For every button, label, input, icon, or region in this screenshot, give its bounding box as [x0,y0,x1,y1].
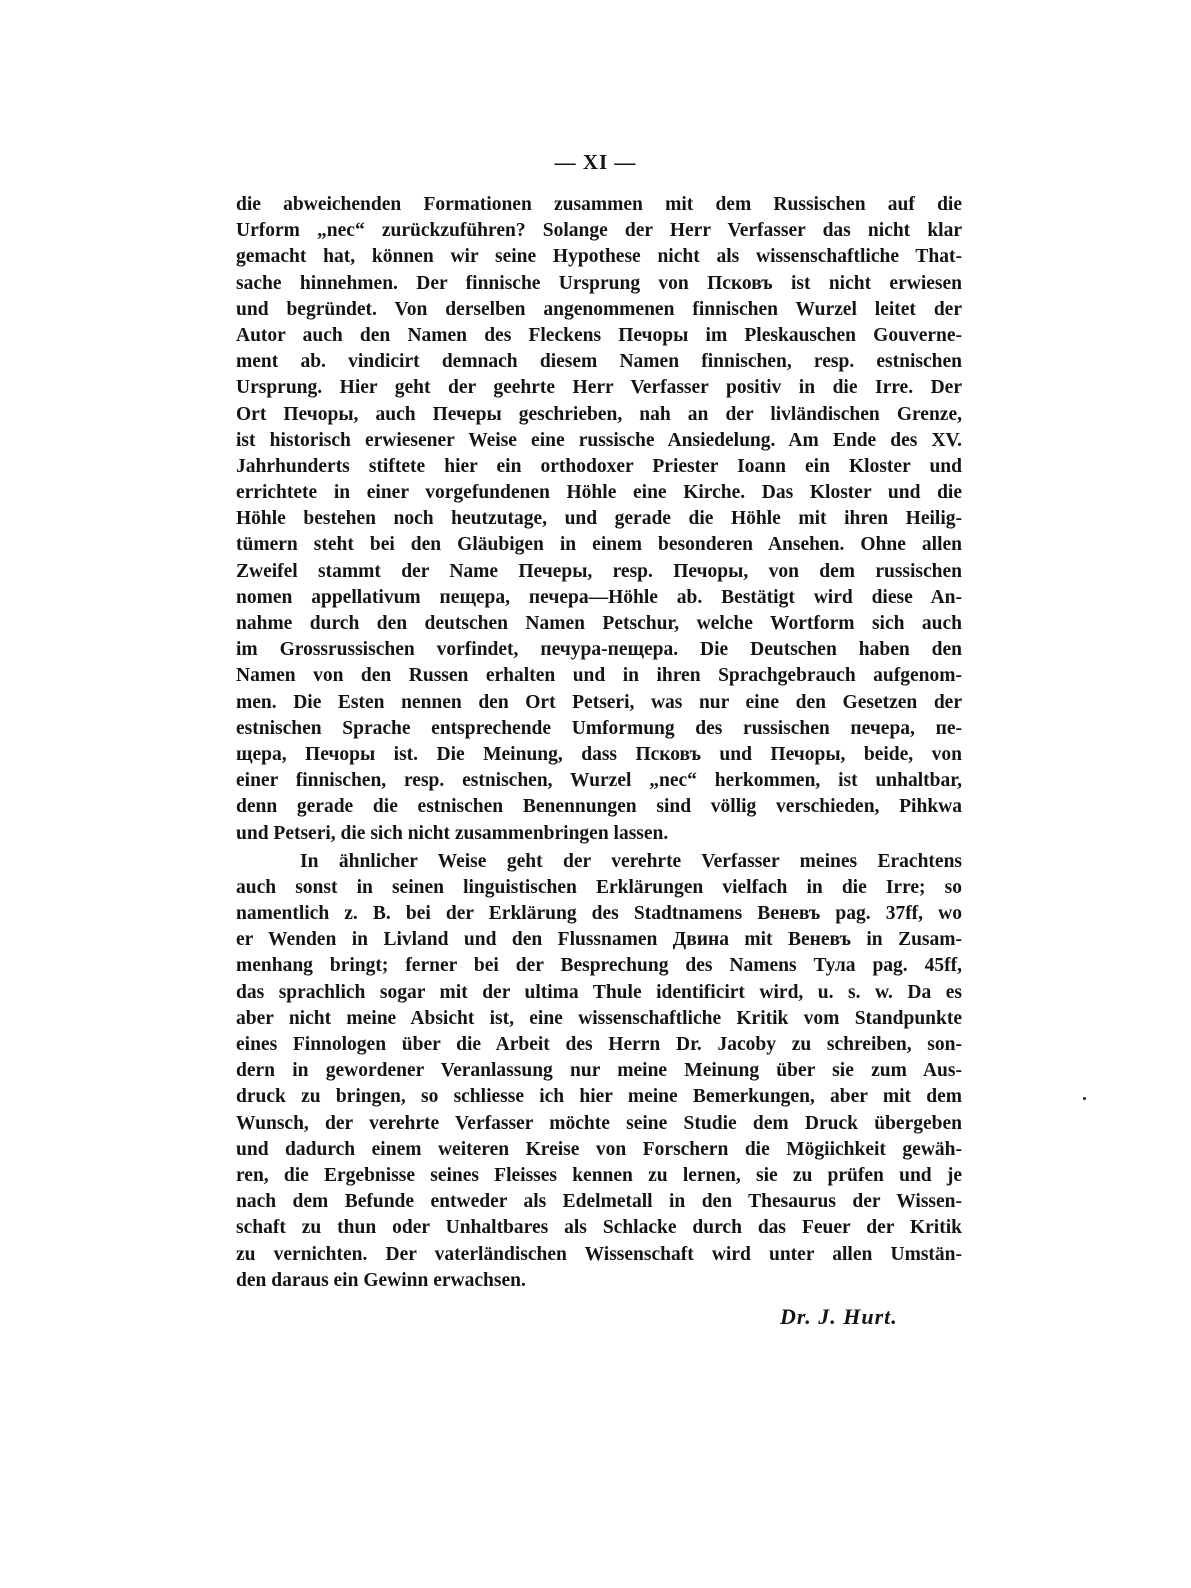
text-line: щера, Печоры ist. Die Meinung, dass Пско… [236,742,962,768]
text-line: aber nicht meine Absicht ist, eine wisse… [236,1006,962,1032]
text-line: einer finnischen, resp. estnischen, Wurz… [236,768,962,794]
text-line: Ursprung. Hier geht der geehrte Herr Ver… [236,375,962,401]
text-line: und dadurch einem weiteren Kreise von Fo… [236,1137,962,1163]
text-line: In ähnlicher Weise geht der verehrte Ver… [236,849,962,875]
text-line: dern in gewordener Veranlassung nur mein… [236,1058,962,1084]
text-line: menhang bringt; ferner bei der Besprechu… [236,953,962,979]
text-line: sache hinnehmen. Der finnische Ursprung … [236,271,962,297]
text-line: auch sonst in seinen linguistischen Erkl… [236,875,962,901]
paragraph-1: die abweichenden Formationen zusammen mi… [236,192,962,847]
text-line: Zweifel stammt der Name Печеры, resp. Пе… [236,559,962,585]
text-line: Jahrhunderts stiftete hier ein orthodoxe… [236,454,962,480]
text-line: das sprachlich sogar mit der ultima Thul… [236,980,962,1006]
body-text: die abweichenden Formationen zusammen mi… [236,192,962,1294]
text-line: ren, die Ergebnisse seines Fleisses kenn… [236,1163,962,1189]
text-line: nach dem Befunde entweder als Edelmetall… [236,1189,962,1215]
text-line: druck zu bringen, so schliesse ich hier … [236,1084,962,1110]
text-line: ist historisch erwiesener Weise eine rus… [236,428,962,454]
text-line: errichtete in einer vorgefundenen Höhle … [236,480,962,506]
page-number: — XI — [0,150,1191,175]
text-line: gemacht hat, können wir seine Hypothese … [236,244,962,270]
author-signature: Dr. J. Hurt. [780,1304,898,1330]
text-line: Namen von den Russen erhalten und in ihr… [236,663,962,689]
scan-speck [1083,1097,1086,1100]
text-line: namentlich z. B. bei der Erklärung des S… [236,901,962,927]
text-line: ment ab. vindicirt demnach diesem Namen … [236,349,962,375]
text-line: denn gerade die estnischen Benennungen s… [236,794,962,820]
paragraph-2: In ähnlicher Weise geht der verehrte Ver… [236,849,962,1294]
text-line: Autor auch den Namen des Fleckens Печоры… [236,323,962,349]
text-line: und Petseri, die sich nicht zusammenbrin… [236,821,962,847]
text-line: und begründet. Von derselben angenommene… [236,297,962,323]
text-line: Höhle bestehen noch heutzutage, und gera… [236,506,962,532]
text-line: nomen appellativum пещера, печера—Höhle … [236,585,962,611]
text-line: tümern steht bei den Gläubigen in einem … [236,532,962,558]
text-line: die abweichenden Formationen zusammen mi… [236,192,962,218]
text-line: Wunsch, der verehrte Verfasser möchte se… [236,1111,962,1137]
text-line: eines Finnologen über die Arbeit des Her… [236,1032,962,1058]
text-line: im Grossrussischen vorfindet, печура-пещ… [236,637,962,663]
text-line: den daraus ein Gewinn erwachsen. [236,1268,962,1294]
text-line: er Wenden in Livland und den Flussnamen … [236,927,962,953]
text-line: nahme durch den deutschen Namen Petschur… [236,611,962,637]
text-line: zu vernichten. Der vaterländischen Wisse… [236,1242,962,1268]
text-line: schaft zu thun oder Unhaltbares als Schl… [236,1215,962,1241]
text-line: men. Die Esten nennen den Ort Petseri, w… [236,690,962,716]
text-line: estnischen Sprache entsprechende Umformu… [236,716,962,742]
text-line: Ort Печоры, auch Печеры geschrieben, nah… [236,402,962,428]
text-line: Urform „nec“ zurückzuführen? Solange der… [236,218,962,244]
